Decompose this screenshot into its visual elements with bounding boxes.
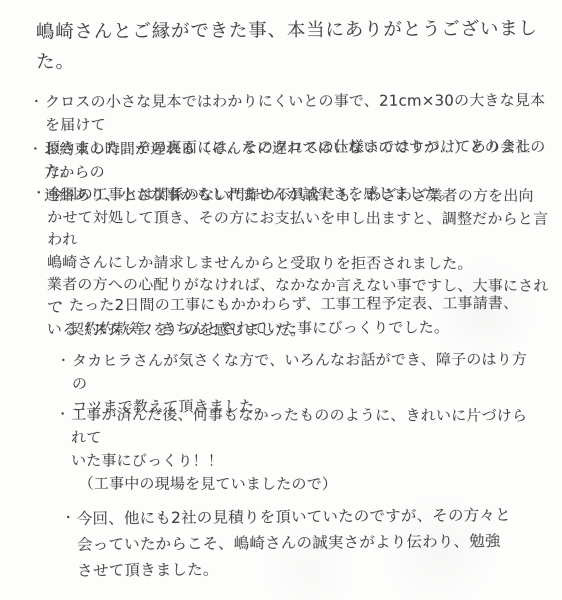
- bullet-marker: ・: [54, 293, 67, 317]
- bullet-marker: ・: [29, 138, 42, 161]
- letter-title: 嶋崎さんとご縁ができた事、本当にありがとうございました。: [36, 14, 550, 78]
- item-text: 今回、他にも2社の見積りを頂いていたのですが、その方々と 会っていたからこそ、嶋…: [62, 502, 513, 584]
- bullet-marker: ・: [30, 91, 43, 114]
- letter-paper: 嶋崎さんとご縁ができた事、本当にありがとうございました。 ・ クロスの小さな見本…: [0, 0, 562, 600]
- item-text: たった2日間の工事にもかかわらず、工事工程予定表、工事請書、 契約約款等、きちん…: [54, 291, 549, 342]
- item-text: 工事が済んだ後、何事もなかったもののように、きれいに片づけられて いた事にびっく…: [56, 403, 536, 496]
- testimonial-item-cleanup: ・ 工事が済んだ後、何事もなかったもののように、きれいに片づけられて いた事にび…: [56, 403, 536, 496]
- bullet-marker: ・: [62, 506, 75, 532]
- bullet-marker: ・: [32, 183, 45, 206]
- bullet-marker: ・: [56, 403, 69, 426]
- bullet-marker: ・: [57, 350, 70, 373]
- testimonial-item-paperwork: ・ たった2日間の工事にもかかわらず、工事工程予定表、工事請書、 契約約款等、き…: [54, 291, 549, 342]
- testimonial-item-comparison: ・ 今回、他にも2社の見積りを頂いていたのですが、その方々と 会っていたからこそ…: [62, 502, 513, 584]
